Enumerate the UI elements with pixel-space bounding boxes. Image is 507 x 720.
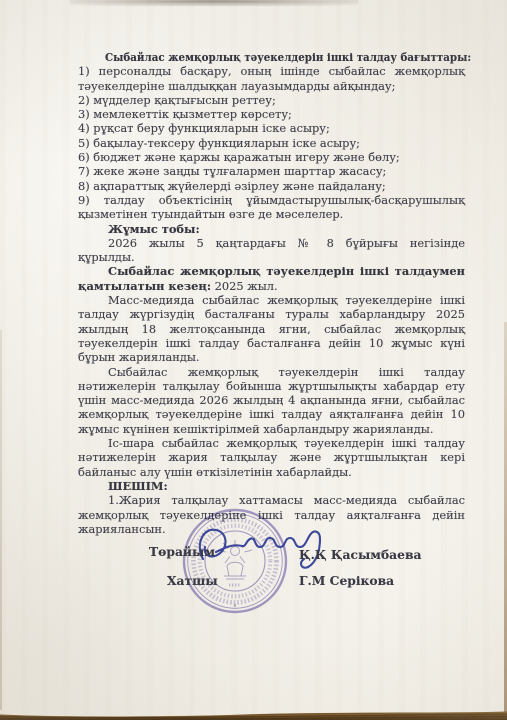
wood-table-edge [0,706,507,720]
scan-edge-shadow [70,0,358,6]
list-item-3: 3) мемлекеттік қызметтер көрсету; [78,107,465,121]
document-body: Сыбайлас жемқорлық тәуекелдерін ішкі тал… [78,50,465,536]
list-item-8: 8) ақпараттық жүйелерді әзірлеу және пай… [78,179,465,193]
decision-heading: ШЕШІМ: [78,479,465,493]
paragraph-announcement-start: Масс-медияда сыбайлас жемқорлық тәуекелд… [78,293,465,364]
decision-item: 1.Жария талқылау хаттамасы масс-медияда … [78,493,465,536]
document-title: Сыбайлас жемқорлық тәуекелдерін ішкі тал… [78,50,426,64]
paper-left-edge-shadow [0,330,2,710]
signer-name-secretary: Г.М Серікова [299,573,394,588]
list-item-2: 2) мүдделер қақтығысын реттеу; [78,93,465,107]
signer-role-secretary: Хатшы [167,573,218,588]
paragraph-event-purpose: Іс-шара сыбайлас жемқорлық тәуекелдерін … [78,436,465,479]
signer-role-chair: Төрайым [149,544,215,559]
list-item-7: 7) жеке және заңды тұлғалармен шарттар ж… [78,164,465,178]
work-group-heading: Жұмыс тобы: [78,222,465,236]
list-item-1: 1) персоналды басқару, оның ішінде сыбай… [78,64,465,93]
list-item-6: 6) бюджет және қаржы қаражатын игеру жән… [78,150,465,164]
signer-name-chair: Қ.Қ Қасымбаева [299,547,421,562]
period-paragraph: Сыбайлас жемқорлық тәуекелдерін ішкі тал… [78,264,465,293]
paragraph-announcement-results: Сыбайлас жемқорлық тәуекелдерін ішкі тал… [78,365,465,436]
list-item-4: 4) рұқсат беру функцияларын іске асыру; [78,121,465,135]
work-group-body: 2026 жылы 5 қаңтардағы № 8 бұйрығы негіз… [78,236,465,265]
period-regular-text: 2025 жыл. [215,279,278,293]
scanned-document-page: Сыбайлас жемқорлық тәуекелдерін ішкі тал… [0,0,507,720]
list-item-5: 5) бақылау-тексеру функцияларын іске асы… [78,136,465,150]
list-item-9: 9) талдау объектісінің ұйымдастырушылық-… [78,193,465,222]
